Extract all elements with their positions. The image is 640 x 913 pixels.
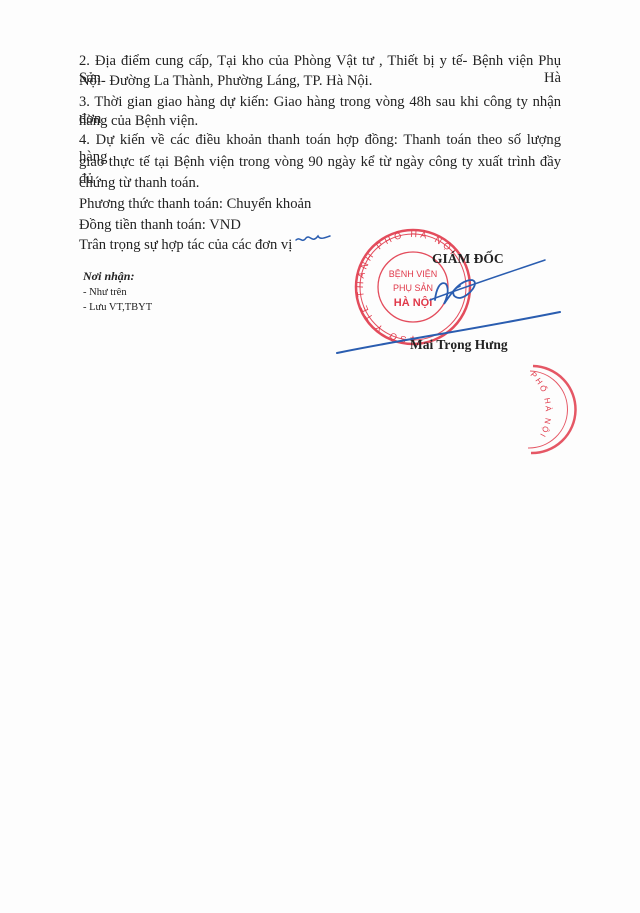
stamp-line2: PHỤ SẢN [393, 282, 433, 293]
partial-stamp-ring-text: PHỐ HÀ NỘI [529, 370, 553, 440]
official-stamp: SỞ Y TẾ THÀNH PHỐ HÀ NỘI BỆNH VIỆN PHỤ S… [355, 229, 470, 345]
stamp-line1: BỆNH VIỆN [389, 269, 438, 279]
stamp-line3: HÀ NỘI [394, 296, 433, 309]
handwritten-signature [296, 236, 560, 353]
initial-signature [296, 236, 330, 240]
document-page: 2. Địa điểm cung cấp, Tại kho của Phòng … [0, 0, 640, 913]
signer-name: Mai Trọng Hưng [410, 337, 508, 353]
signature-title: GIÁM ĐỐC [432, 251, 504, 267]
partial-stamp: PHỐ HÀ NỘI [528, 366, 575, 453]
svg-text:PHỐ HÀ NỘI: PHỐ HÀ NỘI [529, 370, 553, 440]
stamp-graphics: SỞ Y TẾ THÀNH PHỐ HÀ NỘI BỆNH VIỆN PHỤ S… [0, 0, 640, 913]
